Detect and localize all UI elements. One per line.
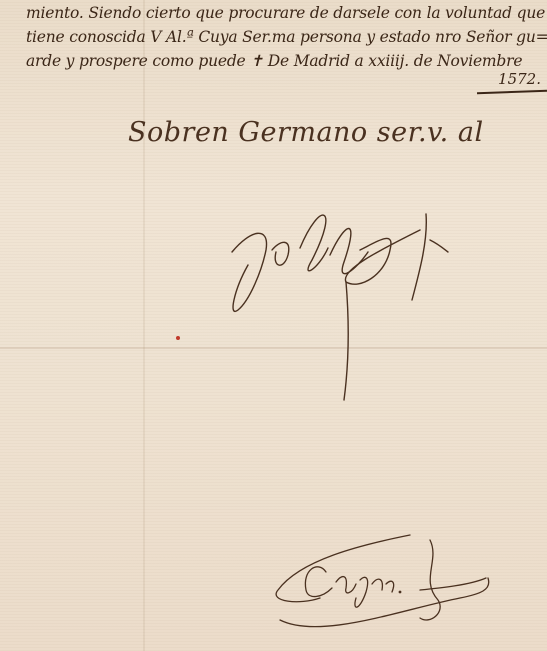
signature-cayas (0, 0, 547, 651)
red-ink-mark (176, 336, 180, 340)
